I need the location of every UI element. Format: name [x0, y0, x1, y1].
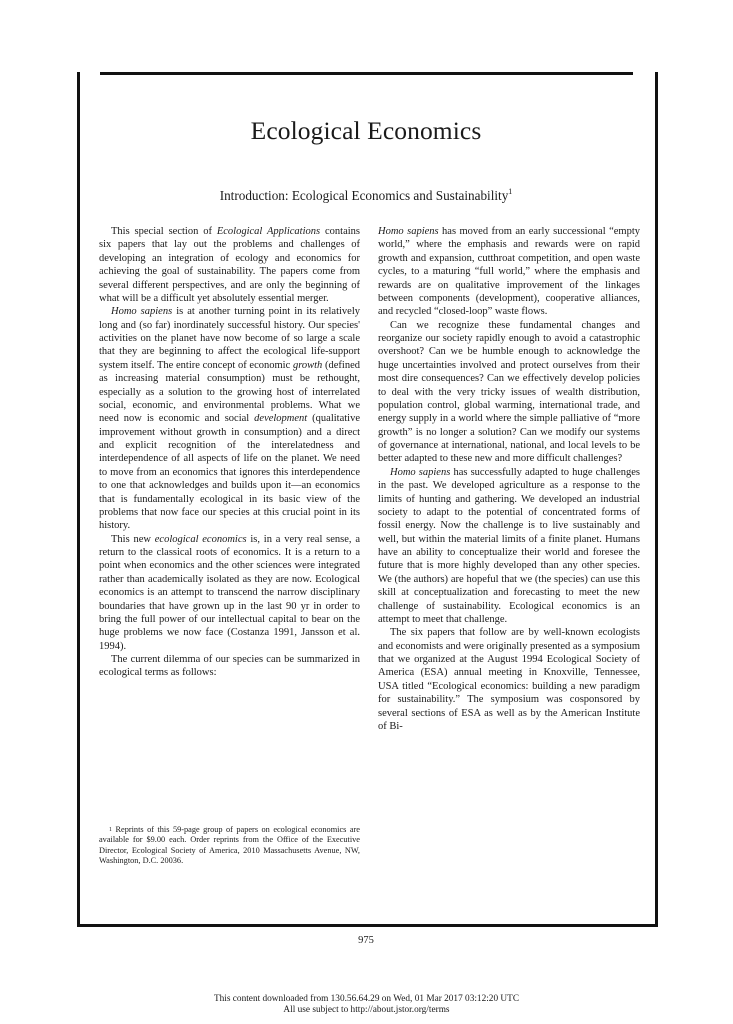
italic-text: development: [254, 413, 307, 424]
paragraph: This new ecological economics is, in a v…: [99, 533, 360, 653]
download-notice-terms[interactable]: All use subject to http://about.jstor.or…: [0, 1005, 733, 1016]
right-column: Homo sapiens has moved from an early suc…: [378, 225, 640, 733]
paragraph: The six papers that follow are by well-k…: [378, 626, 640, 733]
italic-text: Ecological Applications: [217, 226, 320, 237]
text: The six papers that follow are by well-k…: [378, 627, 640, 732]
download-notice: This content downloaded from 130.56.64.2…: [0, 994, 733, 1015]
subtitle-footnote-mark: 1: [508, 187, 512, 196]
italic-text: Homo sapiens: [111, 306, 172, 317]
text: (qualitative improvement without growth …: [99, 413, 360, 531]
paragraph: Homo sapiens has successfully adapted to…: [378, 466, 640, 627]
top-rule: [100, 72, 633, 75]
footnote-text: Reprints of this 59-page group of papers…: [99, 825, 360, 865]
text: Can we recognize these fundamental chang…: [378, 320, 640, 465]
left-column: This special section of Ecological Appli…: [99, 225, 360, 680]
italic-text: ecological economics: [155, 534, 247, 545]
text: The current dilemma of our species can b…: [99, 654, 360, 678]
paragraph: Can we recognize these fundamental chang…: [378, 319, 640, 466]
article-title: Ecological Economics: [80, 116, 652, 146]
text: This special section of: [111, 226, 217, 237]
paragraph: Homo sapiens is at another turning point…: [99, 305, 360, 532]
text: contains six papers that lay out the pro…: [99, 226, 360, 304]
text: is, in a very real sense, a return to th…: [99, 534, 360, 652]
paragraph: This special section of Ecological Appli…: [99, 225, 360, 305]
italic-text: Homo sapiens: [378, 226, 439, 237]
text: This new: [111, 534, 155, 545]
page-number: 975: [80, 935, 652, 946]
italic-text: growth: [293, 360, 322, 371]
text: has moved from an early succes­sional “e…: [378, 226, 640, 317]
paragraph: The current dilemma of our species can b…: [99, 653, 360, 680]
text: has successfully adapted to huge challen…: [378, 467, 640, 625]
article-subtitle: Introduction: Ecological Economics and S…: [80, 188, 652, 204]
paragraph: Homo sapiens has moved from an early suc…: [378, 225, 640, 319]
italic-text: Homo sapiens: [390, 467, 450, 478]
footnote: 1 Reprints of this 59-page group of pape…: [99, 825, 360, 867]
subtitle-text: Introduction: Ecological Economics and S…: [220, 188, 509, 203]
download-notice-line1: This content downloaded from 130.56.64.2…: [0, 994, 733, 1005]
